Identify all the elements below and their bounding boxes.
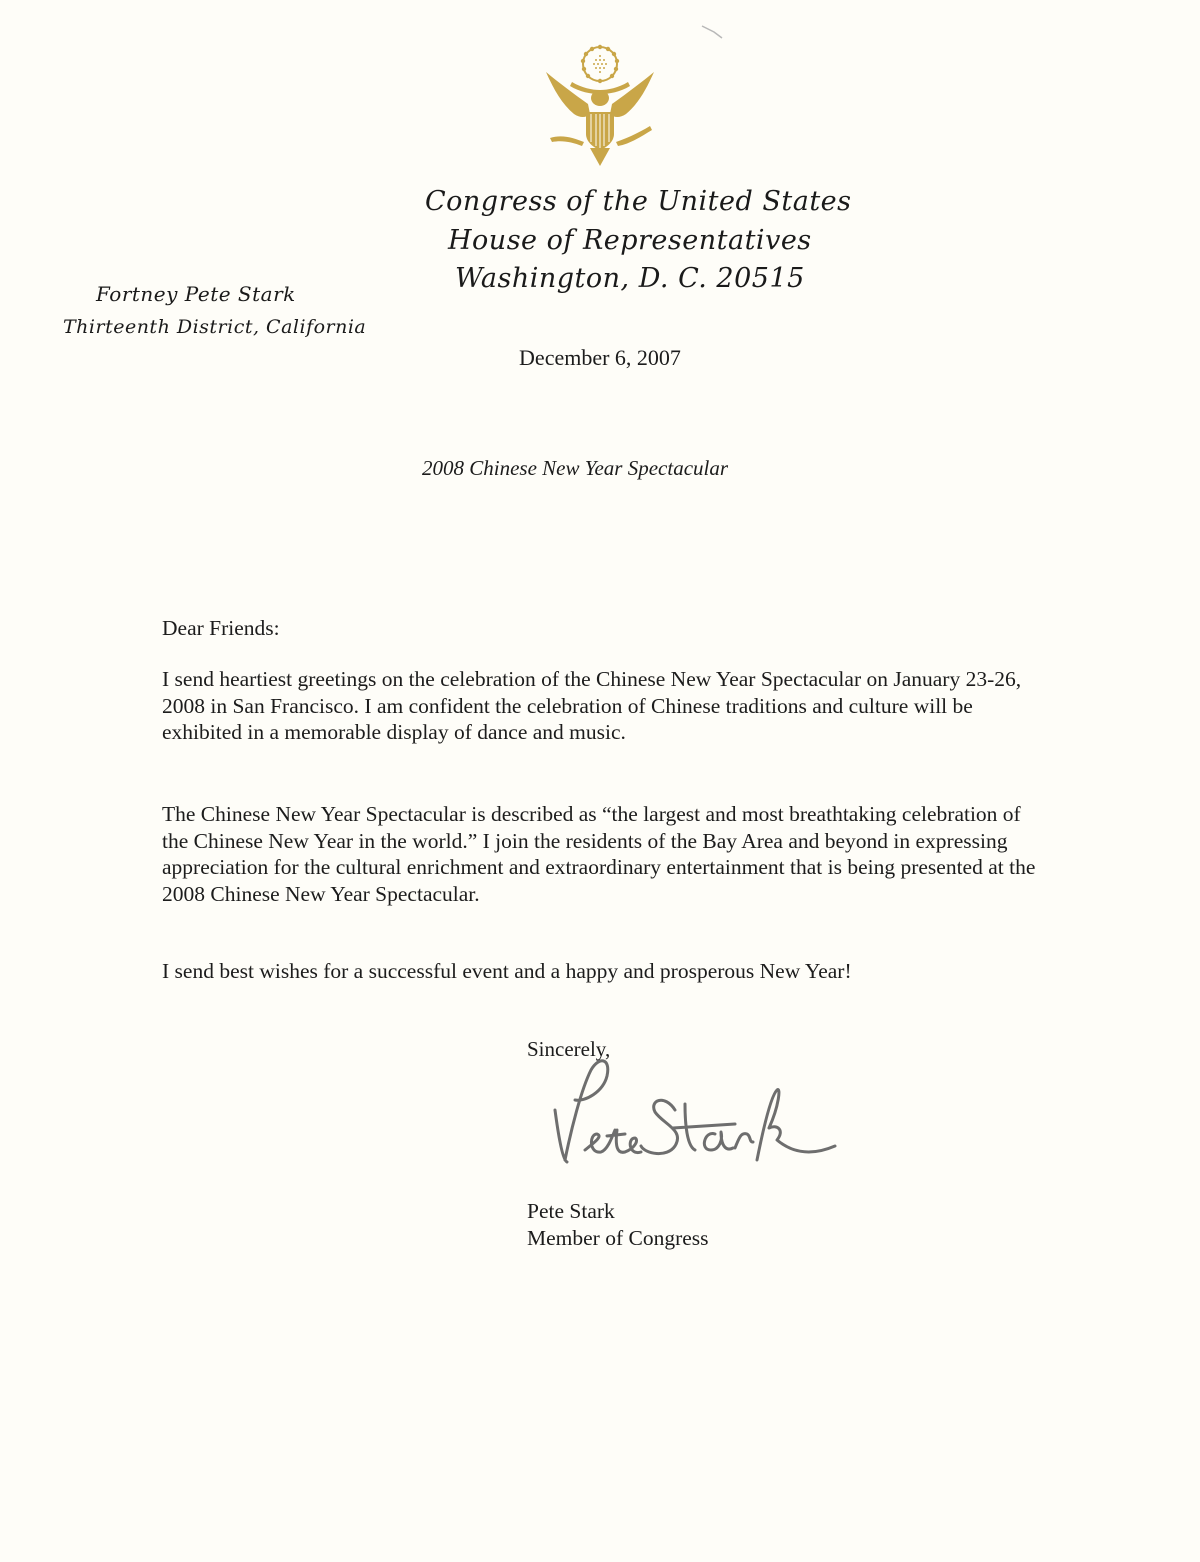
letter-date: December 6, 2007 [0, 345, 1200, 371]
body-paragraph: The Chinese New Year Spectacular is desc… [162, 801, 1042, 907]
letter-page: Congress of the United States House of R… [0, 0, 1200, 1562]
letterhead-address: Washington, D. C. 20515 [455, 263, 805, 294]
sender-name: Fortney Pete Stark [96, 282, 296, 306]
scan-smudge-icon [700, 22, 740, 42]
great-seal-eagle-icon [538, 42, 662, 170]
handwritten-signature-icon [545, 1050, 855, 1180]
letterhead-congress: Congress of the United States [425, 186, 852, 217]
body-paragraph: I send heartiest greetings on the celebr… [162, 666, 1042, 746]
signer-name: Pete Stark [527, 1199, 615, 1224]
sender-district: Thirteenth District, California [63, 316, 366, 338]
letter-date-text: December 6, 2007 [519, 345, 681, 371]
body-paragraph: I send best wishes for a successful even… [162, 958, 1042, 985]
salutation: Dear Friends: [162, 615, 1042, 642]
signer-title: Member of Congress [527, 1226, 709, 1251]
letterhead-house: House of Representatives [448, 225, 812, 256]
letter-subject: 2008 Chinese New Year Spectacular [422, 456, 728, 481]
